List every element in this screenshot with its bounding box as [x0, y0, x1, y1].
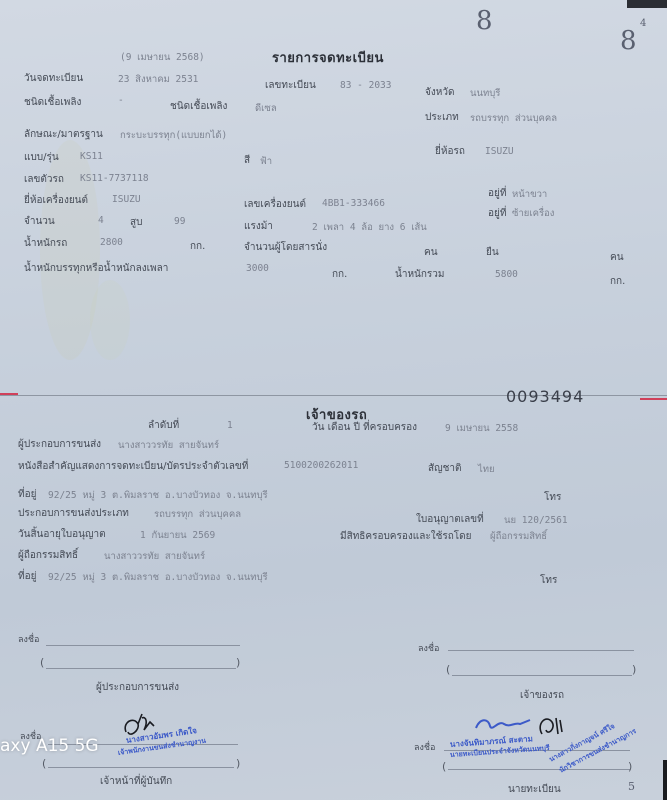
red-mark — [640, 398, 667, 400]
paren-close: ) — [632, 663, 636, 676]
address-label: ที่อยู่ — [18, 487, 36, 502]
operator-type-label: ประกอบการขนส่งประเภท — [18, 506, 129, 521]
chassis-location-label: อยู่ที่ — [488, 186, 506, 201]
document-page: 8 8 4 (9 เมษายน 2568) รายการจดทะเบียน วั… — [0, 0, 667, 800]
province-label: จังหวัด — [425, 85, 454, 100]
brand-value: ISUZU — [485, 146, 514, 157]
possession-date-label: วัน เดือน ปี ที่ครอบครอง — [312, 420, 417, 435]
weight-label: น้ำหนักรถ — [24, 236, 67, 251]
category-label: ประเภท — [425, 110, 459, 125]
id-label: หนังสือสำคัญแสดงการจดทะเบียน/บัตรประจำตั… — [18, 459, 248, 474]
photo-edge — [627, 0, 667, 8]
holder-phone-label: โทร — [540, 573, 557, 588]
operator-type-value: รถบรรทุก ส่วนบุคคล — [154, 507, 241, 522]
page-number: 5 — [628, 780, 635, 793]
style-value: กระบะบรรทุก(แบบยกได้) — [120, 128, 227, 143]
brand-label: ยี่ห้อรถ — [435, 144, 465, 159]
style-label: ลักษณะ/มาตรฐาน — [24, 127, 103, 142]
chassis-label: เลขตัวรถ — [24, 172, 64, 187]
holder-value: นางสาววรทัย สายจันทร์ — [104, 549, 205, 564]
handwritten-mark: 8 — [620, 26, 637, 56]
license-expiry-label: วันสิ้นอายุใบอนุญาต — [18, 527, 106, 542]
operator-value: นางสาววรทัย สายจันทร์ — [118, 438, 219, 453]
load-label: น้ำหนักบรรทุกหรือน้ำหนักลงเพลา — [24, 261, 168, 276]
chassis-value: KS11-7737118 — [80, 173, 149, 184]
category-value: รถบรรทุก ส่วนบุคคล — [470, 111, 557, 126]
signature-line — [448, 650, 634, 651]
color-label: สี — [244, 153, 250, 168]
license-expiry-value: 1 กันยายน 2569 — [140, 528, 215, 543]
engine-no-label: เลขเครื่องยนต์ — [244, 197, 306, 212]
weight-value: 2800 — [100, 237, 123, 248]
name-line — [46, 668, 236, 669]
total-weight-label: น้ำหนักรวม — [395, 267, 445, 282]
chassis-location-value: หน้าขวา — [512, 187, 547, 202]
name-line — [48, 767, 234, 768]
handwritten-superscript: 4 — [640, 18, 646, 29]
load-unit: กก. — [332, 267, 347, 282]
holder-address-value: 92/25 หมู่ 3 ต.พิมลราช อ.บางบัวทอง จ.นนท… — [48, 570, 268, 585]
paren-close: ) — [236, 656, 240, 669]
recorder-role-label: เจ้าหน้าที่ผู้บันทึก — [100, 774, 172, 789]
possession-date-value: 9 เมษายน 2558 — [445, 421, 518, 436]
paren-close: ) — [628, 760, 632, 773]
total-weight-unit: กก. — [610, 274, 625, 289]
nationality-value: ไทย — [478, 462, 495, 477]
paren-open: ( — [42, 757, 46, 770]
license-no-value: นย 120/2561 — [504, 513, 568, 528]
rights-value: ผู้ถือกรรมสิทธิ์ — [490, 529, 547, 544]
fuel-type-value: - — [118, 95, 124, 106]
holder-label: ผู้ถือกรรมสิทธิ์ — [18, 548, 78, 563]
paren-close: ) — [236, 757, 240, 770]
phone-label: โทร — [544, 490, 561, 505]
paren-open: ( — [442, 760, 446, 773]
horsepower-label: แรงม้า — [244, 219, 273, 234]
name-line — [448, 769, 630, 770]
signature-line — [46, 645, 240, 646]
engine-no-value: 4BB1-333466 — [322, 198, 385, 209]
owner-role-label: เจ้าของรถ — [520, 688, 564, 703]
engine-brand-label: ยี่ห้อเครื่องยนต์ — [24, 193, 88, 208]
cylinders-label: จำนวน — [24, 214, 55, 229]
name-line — [452, 675, 632, 676]
nationality-label: สัญชาติ — [428, 461, 462, 476]
plate-value: 83 - 2033 — [340, 80, 391, 91]
model-label: แบบ/รุ่น — [24, 150, 59, 165]
province-value: นนทบุรี — [470, 86, 500, 101]
cc-value: 99 — [174, 216, 185, 227]
order-value: 1 — [227, 420, 233, 431]
engine-location-label: อยู่ที่ — [488, 206, 506, 221]
header-date: (9 เมษายน 2568) — [120, 50, 205, 65]
sign-label: ลงชื่อ — [418, 641, 439, 655]
plate-label: เลขทะเบียน — [265, 78, 316, 93]
paren-open: ( — [446, 663, 450, 676]
total-weight-value: 5800 — [495, 269, 518, 280]
fuel-type-label: ชนิดเชื้อเพลิง — [24, 95, 81, 110]
paren-open: ( — [40, 656, 44, 669]
standing-label: ยืน — [486, 245, 499, 260]
sign-label: ลงชื่อ — [18, 632, 39, 646]
model-value: KS11 — [80, 151, 103, 162]
sign-label: ลงชื่อ — [414, 740, 435, 754]
rights-label: มีสิทธิครอบครองและใช้รถโดย — [340, 529, 472, 544]
photo-edge — [663, 760, 667, 800]
cylinders-value: 4 — [98, 215, 104, 226]
weight-unit: กก. — [190, 239, 205, 254]
registration-date-value: 23 สิงหาคม 2531 — [118, 72, 198, 87]
page-title: รายการจดทะเบียน — [272, 47, 384, 68]
registrar-role-label: นายทะเบียน — [508, 782, 561, 797]
seats-unit: คน — [424, 245, 438, 260]
color-value: ฟ้า — [260, 154, 272, 169]
license-no-label: ใบอนุญาตเลขที่ — [416, 512, 484, 527]
engine-brand-value: ISUZU — [112, 194, 141, 205]
fuel-kind-value: ดีเซล — [255, 101, 277, 116]
operator-role-label: ผู้ประกอบการขนส่ง — [96, 680, 179, 695]
fuel-kind-label: ชนิดเชื้อเพลิง — [170, 99, 227, 114]
holder-address-label: ที่อยู่ — [18, 569, 36, 584]
handwritten-mark: 8 — [476, 6, 493, 36]
axles-value: 2 เพลา 4 ล้อ ยาง 6 เส้น — [312, 220, 427, 235]
address-value: 92/25 หมู่ 3 ต.พิมลราช อ.บางบัวทอง จ.นนท… — [48, 488, 268, 503]
camera-watermark: axy A15 5G — [0, 736, 99, 756]
engine-location-value: ซ้ายเครื่อง — [512, 206, 554, 221]
registration-date-label: วันจดทะเบียน — [24, 71, 83, 86]
operator-label: ผู้ประกอบการขนส่ง — [18, 437, 101, 452]
id-value: 5100200262011 — [284, 460, 358, 471]
order-label: ลำดับที่ — [148, 418, 179, 433]
standing-unit: คน — [610, 250, 624, 265]
load-value: 3000 — [246, 263, 269, 274]
serial-number: 0093494 — [506, 387, 584, 406]
seats-label: จำนวนผู้โดยสารนั่ง — [244, 240, 327, 255]
paper-stain — [90, 280, 130, 360]
cylinders-unit: สูบ — [130, 215, 142, 230]
